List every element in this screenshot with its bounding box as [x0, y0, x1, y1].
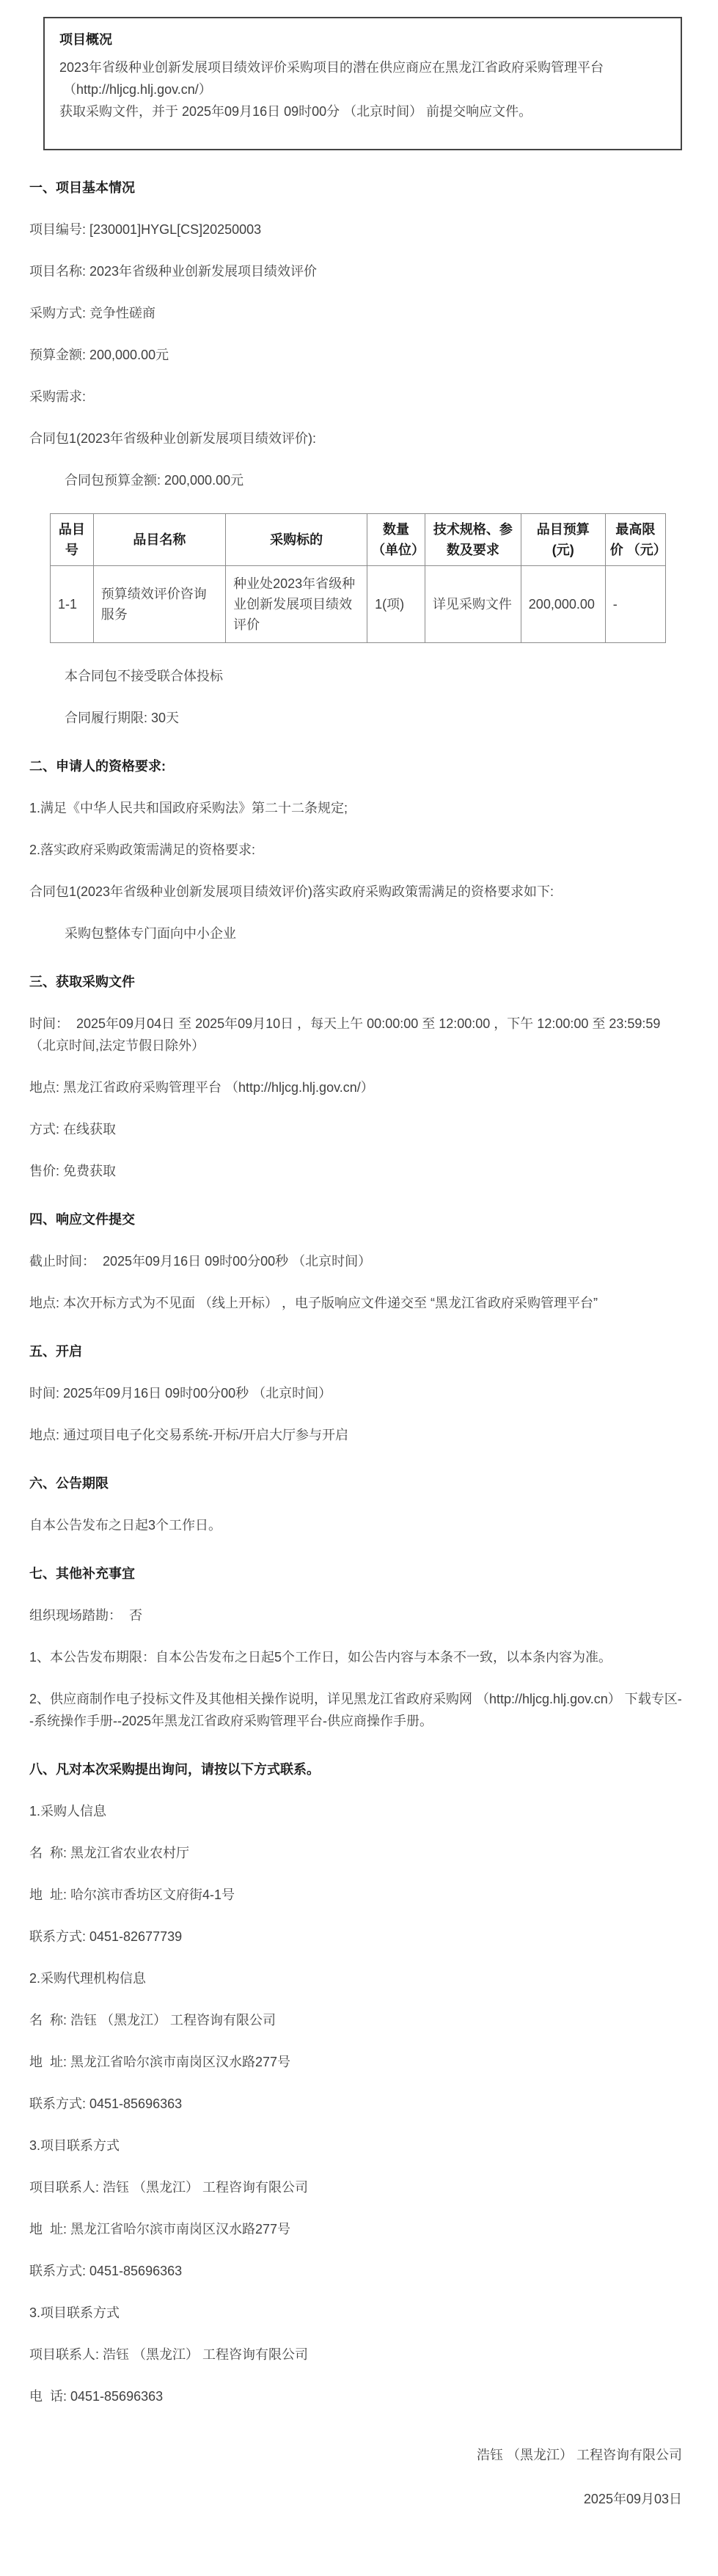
field-project-number: 项目编号: [230001]HYGL[CS]20250003: [29, 219, 682, 241]
cell-item-budget: 200,000.00: [521, 566, 605, 643]
field-project-contact-phone: 电 话: 0451-85696363: [29, 2385, 682, 2407]
procurement-announcement-page: 项目概况 2023年省级种业创新发展项目绩效评价采购项目的潜在供应商应在黑龙江省…: [0, 0, 718, 2576]
overview-title: 项目概况: [59, 29, 664, 51]
field-contract-package: 合同包1(2023年省级种业创新发展项目绩效评价):: [29, 428, 682, 449]
section-5-heading: 五、开启: [29, 1340, 682, 1362]
field-no-consortium-bid: 本合同包不接受联合体投标: [65, 665, 682, 687]
signature-agency-name: 浩钰 （黑龙江） 工程咨询有限公司: [29, 2444, 682, 2466]
field-opening-time: 时间: 2025年09月16日 09时00分00秒 （北京时间）: [29, 1382, 682, 1404]
field-purchaser-address: 地 址: 哈尔滨市香坊区文府街4-1号: [29, 1884, 682, 1906]
cell-quantity-unit: 1(项): [367, 566, 425, 643]
field-supplement-2: 2、供应商制作电子投标文件及其他相关操作说明，详见黑龙江省政府采购网 （http…: [29, 1688, 682, 1732]
col-header-tech-specs: 技术规格、参数及要求: [425, 514, 521, 566]
overview-line-platform-url: （http://hljcg.hlj.gov.cn/）: [59, 78, 664, 100]
field-budget-amount: 预算金额: 200,000.00元: [29, 344, 682, 366]
field-obtain-time: 时间： 2025年09月04日 至 2025年09月10日 ，每天上午 00:0…: [29, 1013, 682, 1057]
section-8-heading: 八、凡对本次采购提出询问，请按以下方式联系。: [29, 1758, 682, 1780]
field-announcement-period: 自本公告发布之日起3个工作日。: [29, 1514, 682, 1536]
cell-item-name: 预算绩效评价咨询服务: [93, 566, 225, 643]
section-1-heading: 一、项目基本情况: [29, 177, 682, 199]
overview-line-supplier-platform: 2023年省级种业创新发展项目绩效评价采购项目的潜在供应商应在黑龙江省政府采购管…: [59, 56, 664, 78]
field-project-contact-method: 联系方式: 0451-85696363: [29, 2260, 682, 2282]
signature-block: 浩钰 （黑龙江） 工程咨询有限公司 2025年09月03日: [29, 2444, 682, 2510]
overview-line-deadline: 获取采购文件，并于 2025年09月16日 09时00分 （北京时间） 前提交响…: [59, 100, 664, 122]
signature-date: 2025年09月03日: [29, 2488, 682, 2510]
project-overview-box: 项目概况 2023年省级种业创新发展项目绩效评价采购项目的潜在供应商应在黑龙江省…: [43, 17, 682, 150]
field-project-name: 项目名称: 2023年省级种业创新发展项目绩效评价: [29, 260, 682, 282]
cell-max-price: -: [605, 566, 665, 643]
subheading-agency-info: 2.采购代理机构信息: [29, 1967, 682, 1989]
field-obtain-price: 售价: 免费获取: [29, 1160, 682, 1182]
section-2-heading: 二、申请人的资格要求:: [29, 755, 682, 777]
field-agency-address: 地 址: 黑龙江省哈尔滨市南岗区汉水路277号: [29, 2051, 682, 2073]
cell-procurement-subject: 种业处2023年省级种业创新发展项目绩效评价: [226, 566, 367, 643]
cell-tech-specs: 详见采购文件: [425, 566, 521, 643]
field-submit-deadline: 截止时间： 2025年09月16日 09时00分00秒 （北京时间）: [29, 1250, 682, 1272]
field-contract-period: 合同履行期限: 30天: [65, 707, 682, 729]
col-header-item-budget: 品目预算(元): [521, 514, 605, 566]
section-6-heading: 六、公告期限: [29, 1472, 682, 1494]
field-qualification-law: 1.满足《中华人民共和国政府采购法》第二十二条规定;: [29, 797, 682, 819]
field-agency-name: 名 称: 浩钰 （黑龙江） 工程咨询有限公司: [29, 2009, 682, 2031]
field-package-budget: 合同包预算金额: 200,000.00元: [65, 469, 682, 491]
field-qualification-policy: 2.落实政府采购政策需满足的资格要求:: [29, 839, 682, 861]
field-sme-only: 采购包整体专门面向中小企业: [65, 922, 682, 944]
field-site-survey: 组织现场踏勘： 否: [29, 1604, 682, 1626]
field-submit-location: 地点: 本次开标方式为不见面 （线上开标） ，电子版响应文件递交至 “黑龙江省政…: [29, 1292, 682, 1314]
col-header-quantity-unit: 数量 （单位）: [367, 514, 425, 566]
subheading-project-contact-2: 3.项目联系方式: [29, 2302, 682, 2324]
field-opening-location: 地点: 通过项目电子化交易系统-开标/开启大厅参与开启: [29, 1424, 682, 1446]
field-qualification-package: 合同包1(2023年省级种业创新发展项目绩效评价)落实政府采购政策需满足的资格要…: [29, 881, 682, 903]
field-project-contact-person-1: 项目联系人: 浩钰 （黑龙江） 工程咨询有限公司: [29, 2176, 682, 2198]
field-supplement-1: 1、本公告发布期限：自本公告发布之日起5个工作日，如公告内容与本条不一致，以本条…: [29, 1646, 682, 1668]
table-header-row: 品目号 品目名称 采购标的 数量 （单位） 技术规格、参数及要求 品目预算(元)…: [51, 514, 666, 566]
field-obtain-location: 地点: 黑龙江省政府采购管理平台 （http://hljcg.hlj.gov.c…: [29, 1076, 682, 1098]
field-procurement-method: 采购方式: 竞争性磋商: [29, 302, 682, 324]
field-purchaser-contact: 联系方式: 0451-82677739: [29, 1926, 682, 1948]
field-project-contact-address: 地 址: 黑龙江省哈尔滨市南岗区汉水路277号: [29, 2218, 682, 2240]
col-header-item-name: 品目名称: [93, 514, 225, 566]
field-obtain-method: 方式: 在线获取: [29, 1118, 682, 1140]
col-header-max-price: 最高限价 （元）: [605, 514, 665, 566]
subheading-project-contact-1: 3.项目联系方式: [29, 2135, 682, 2157]
subheading-purchaser-info: 1.采购人信息: [29, 1800, 682, 1822]
section-7-heading: 七、其他补充事宜: [29, 1563, 682, 1585]
cell-item-no: 1-1: [51, 566, 94, 643]
field-project-contact-person-2: 项目联系人: 浩钰 （黑龙江） 工程咨询有限公司: [29, 2344, 682, 2366]
field-agency-contact: 联系方式: 0451-85696363: [29, 2093, 682, 2115]
section-3-heading: 三、获取采购文件: [29, 971, 682, 993]
section-4-heading: 四、响应文件提交: [29, 1208, 682, 1230]
col-header-procurement-subject: 采购标的: [226, 514, 367, 566]
field-purchaser-name: 名 称: 黑龙江省农业农村厅: [29, 1842, 682, 1864]
field-procurement-demand: 采购需求:: [29, 386, 682, 408]
table-row: 1-1 预算绩效评价咨询服务 种业处2023年省级种业创新发展项目绩效评价 1(…: [51, 566, 666, 643]
col-header-item-no: 品目号: [51, 514, 94, 566]
items-table: 品目号 品目名称 采购标的 数量 （单位） 技术规格、参数及要求 品目预算(元)…: [50, 513, 666, 643]
